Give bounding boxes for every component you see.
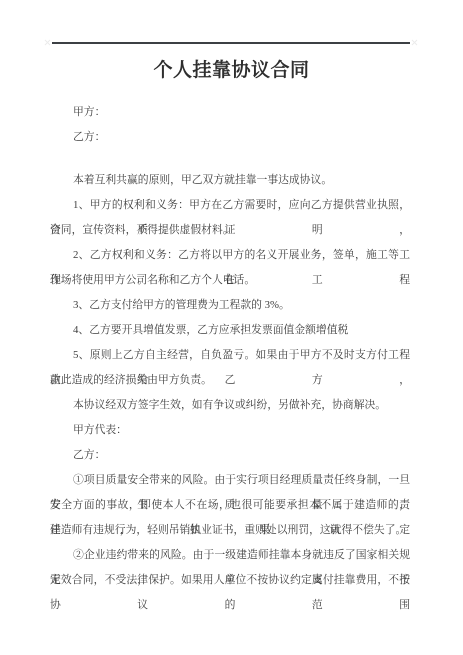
divider-end-smudge-left	[44, 39, 51, 46]
clause-2-line-1: 2、乙方权利和义务：乙方将以甲方的名义开展业务，签单，施工等工作。在工程	[50, 243, 410, 268]
blank-line	[50, 150, 410, 168]
party-a-rep-line: 甲方代表：	[50, 418, 410, 443]
risk-2-line-1: ②企业违约带来的风险。由于一级建造师挂靠本身就违反了国家相关规定，应属于	[50, 543, 410, 568]
risk-1-line-2: 安全方面的事故，即使本人不在场，也很可能要承担本不属于建造师的责任，如果认定	[50, 493, 410, 518]
document-title: 个人挂靠协议合同	[0, 55, 463, 82]
party-a-line: 甲方：	[50, 100, 410, 125]
risk-1-line-3: 建造师有违规行为，轻则吊销执业证书，重则处以刑罚，这就得不偿失了。	[50, 518, 410, 543]
clause-4-line: 4、乙方要开具增值发票，乙方应承担发票面值金额增值税	[50, 318, 410, 343]
clause-5-line-1: 5、原则上乙方自主经营，自负盈亏。如果由于甲方不及时支方付工程款给乙方，	[50, 343, 410, 368]
party-b-sign-line: 乙方：	[50, 443, 410, 468]
document-body: 甲方： 乙方： 本着互利共赢的原则，甲乙双方就挂靠一事达成协议。 1、甲方的权利…	[50, 100, 410, 593]
clause-3-line: 3、乙方支付给甲方的管理费为工程款的 3%。	[50, 293, 410, 318]
preamble-line: 本着互利共赢的原则，甲乙双方就挂靠一事达成协议。	[50, 168, 410, 193]
effectiveness-line: 本协议经双方签字生效，如有争议或纠纷，另做补充，协商解决。	[50, 393, 410, 418]
risk-1-line-1: ①项目质量安全带来的风险。由于实行项目经理质量责任终身制，一旦发生质量，	[50, 468, 410, 493]
risk-2-line-2: 无效合同，不受法律保护。如果用人单位不按协议约定支付挂靠费用，不按协议的范围	[50, 568, 410, 593]
title-divider-line	[52, 42, 410, 44]
divider-end-smudge-right	[411, 39, 418, 46]
document-page: 个人挂靠协议合同 甲方： 乙方： 本着互利共赢的原则，甲乙双方就挂靠一事达成协议…	[0, 0, 463, 655]
party-b-line: 乙方：	[50, 125, 410, 150]
clause-1-line-1: 1、甲方的权利和义务：甲方在乙方需要时，应向乙方提供营业执照，资质证明，	[50, 193, 410, 218]
